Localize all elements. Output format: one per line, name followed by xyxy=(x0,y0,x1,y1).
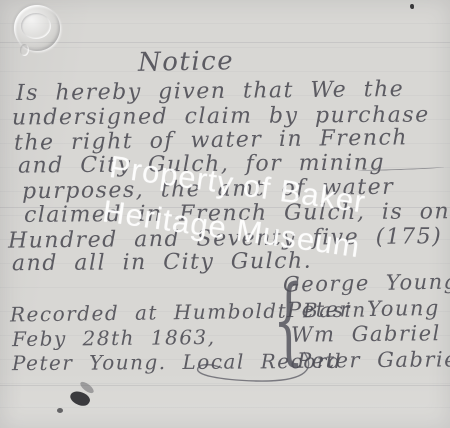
embossed-seal xyxy=(14,5,60,51)
scanned-document-page: Notice Is hereby given that We the under… xyxy=(0,0,450,428)
signature: George Young xyxy=(283,269,450,296)
signature: Peter Young xyxy=(287,296,440,322)
body-line: and all in City Gulch. xyxy=(12,249,312,277)
body-line: and City Gulch, for mining xyxy=(18,150,385,178)
paper-crease xyxy=(0,385,450,386)
ink-dot xyxy=(57,408,63,413)
document-title: Notice xyxy=(138,46,235,78)
ink-speck xyxy=(410,4,414,9)
paper-crease xyxy=(0,42,450,43)
embossed-seal-tail xyxy=(20,44,29,56)
body-line: claimed in French Gulch, is one xyxy=(24,199,450,228)
body-line: Is hereby given that We the xyxy=(16,77,405,106)
signature: Peter Gabriel xyxy=(297,347,450,372)
record-date-line: Feby 28th 1863, xyxy=(12,325,216,351)
signature: Wm Gabriel xyxy=(291,321,441,347)
embossed-seal-inner-ring xyxy=(21,13,51,39)
